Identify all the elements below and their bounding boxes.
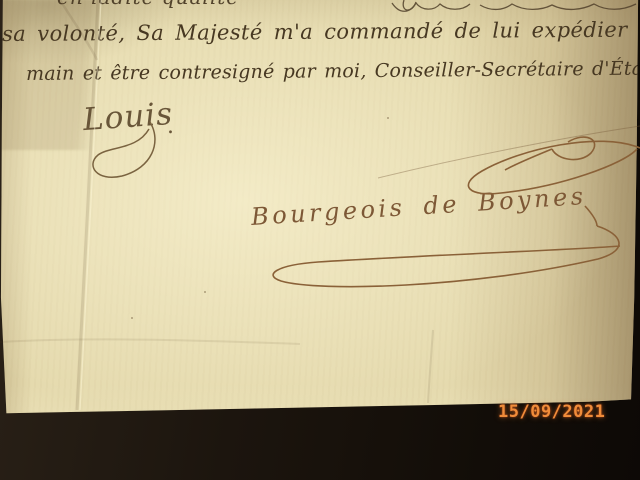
manuscript-line-2: sa volonté, Sa Majesté m'a commandé de l… (2, 17, 640, 46)
manuscript-line-3: main et être contresigné par moi, Consei… (26, 57, 640, 85)
countersignature-bourgeois-de-boynes: Bourgeois de Boynes (250, 182, 587, 231)
manuscript-line-clipped-top: en ladite qualité (57, 0, 239, 9)
camera-timestamp: 15/09/2021 (498, 402, 605, 422)
royal-signature-period: . (167, 114, 174, 139)
photo-frame: en ladite qualité sa volonté, Sa Majesté… (0, 0, 640, 480)
royal-signature-louis: Louis (82, 96, 174, 138)
